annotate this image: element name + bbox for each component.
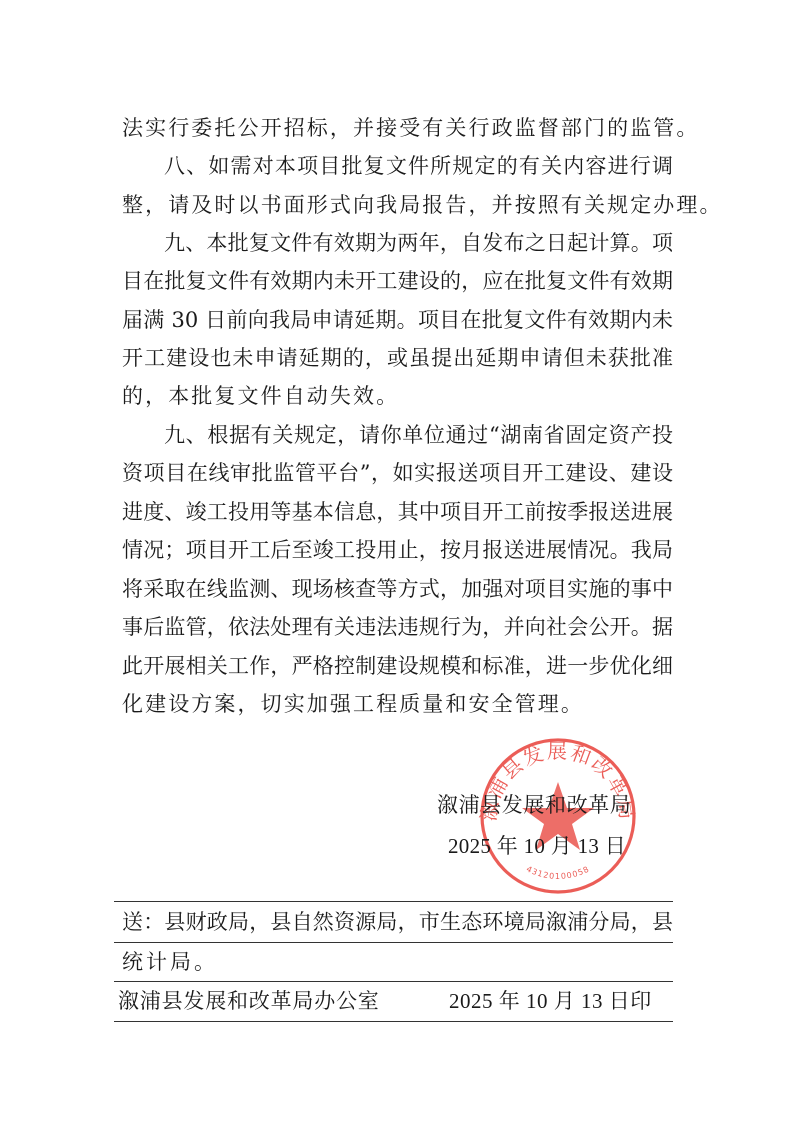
body-line: 九、根据有关规定，请你单位通过“湖南省固定资产投 [164,420,673,450]
body-line: 八、如需对本项目批复文件所规定的有关内容进行调 [164,151,673,181]
print-date: 2025 年 10 月 13 日印 [449,986,652,1016]
document-page: 法实行委托公开招标，并接受有关行政监督部门的监管。 八、如需对本项目批复文件所规… [0,0,793,1122]
body-line: 法实行委托公开招标，并接受有关行政监督部门的监管。 [122,113,673,143]
footer-rule-top [114,901,673,902]
body-line: 九、本批复文件有效期为两年，自发布之日起计算。项 [164,228,673,258]
footer-rule [114,981,673,982]
footer-rule [114,942,673,943]
signature-date: 2025 年 10 月 13 日 [448,831,626,861]
body-line: 资项目在线审批监管平台”，如实报送项目开工建设、建设 [122,458,673,488]
body-line: 届满 30 日前向我局申请延期。项目在批复文件有效期内未 [122,305,673,335]
body-line: 目在批复文件有效期内未开工建设的，应在批复文件有效期 [122,266,673,296]
body-line: 情况；项目开工后至竣工投用止，按月报送进展情况。我局 [122,535,673,565]
signature-org: 溆浦县发展和改革局 [437,790,631,820]
cc-distribution-line: 统计局。 [122,947,218,977]
footer-rule-bottom [114,1021,673,1022]
body-line: 开工建设也未申请延期的，或虽提出延期申请但未获批准 [122,343,673,373]
body-line: 将采取在线监测、现场核查等方式，加强对项目实施的事中 [122,574,673,604]
body-line: 的，本批复文件自动失效。 [122,381,673,411]
cc-distribution-line: 送：县财政局，县自然资源局，市生态环境局溆浦分局，县 [122,907,673,937]
body-line: 事后监管，依法处理有关违法违规行为，并向社会公开。据 [122,612,673,642]
body-line: 此开展相关工作，严格控制建设规模和标准，进一步优化细 [122,651,673,681]
body-line: 整，请及时以书面形式向我局报告，并按照有关规定办理。 [122,190,673,220]
body-line: 化建设方案，切实加强工程质量和安全管理。 [122,689,673,719]
issuing-office: 溆浦县发展和改革局办公室 [118,986,380,1016]
body-line: 进度、竣工投用等基本信息，其中项目开工前按季报送进展 [122,497,673,527]
svg-text:43120100058: 43120100058 [525,864,591,881]
